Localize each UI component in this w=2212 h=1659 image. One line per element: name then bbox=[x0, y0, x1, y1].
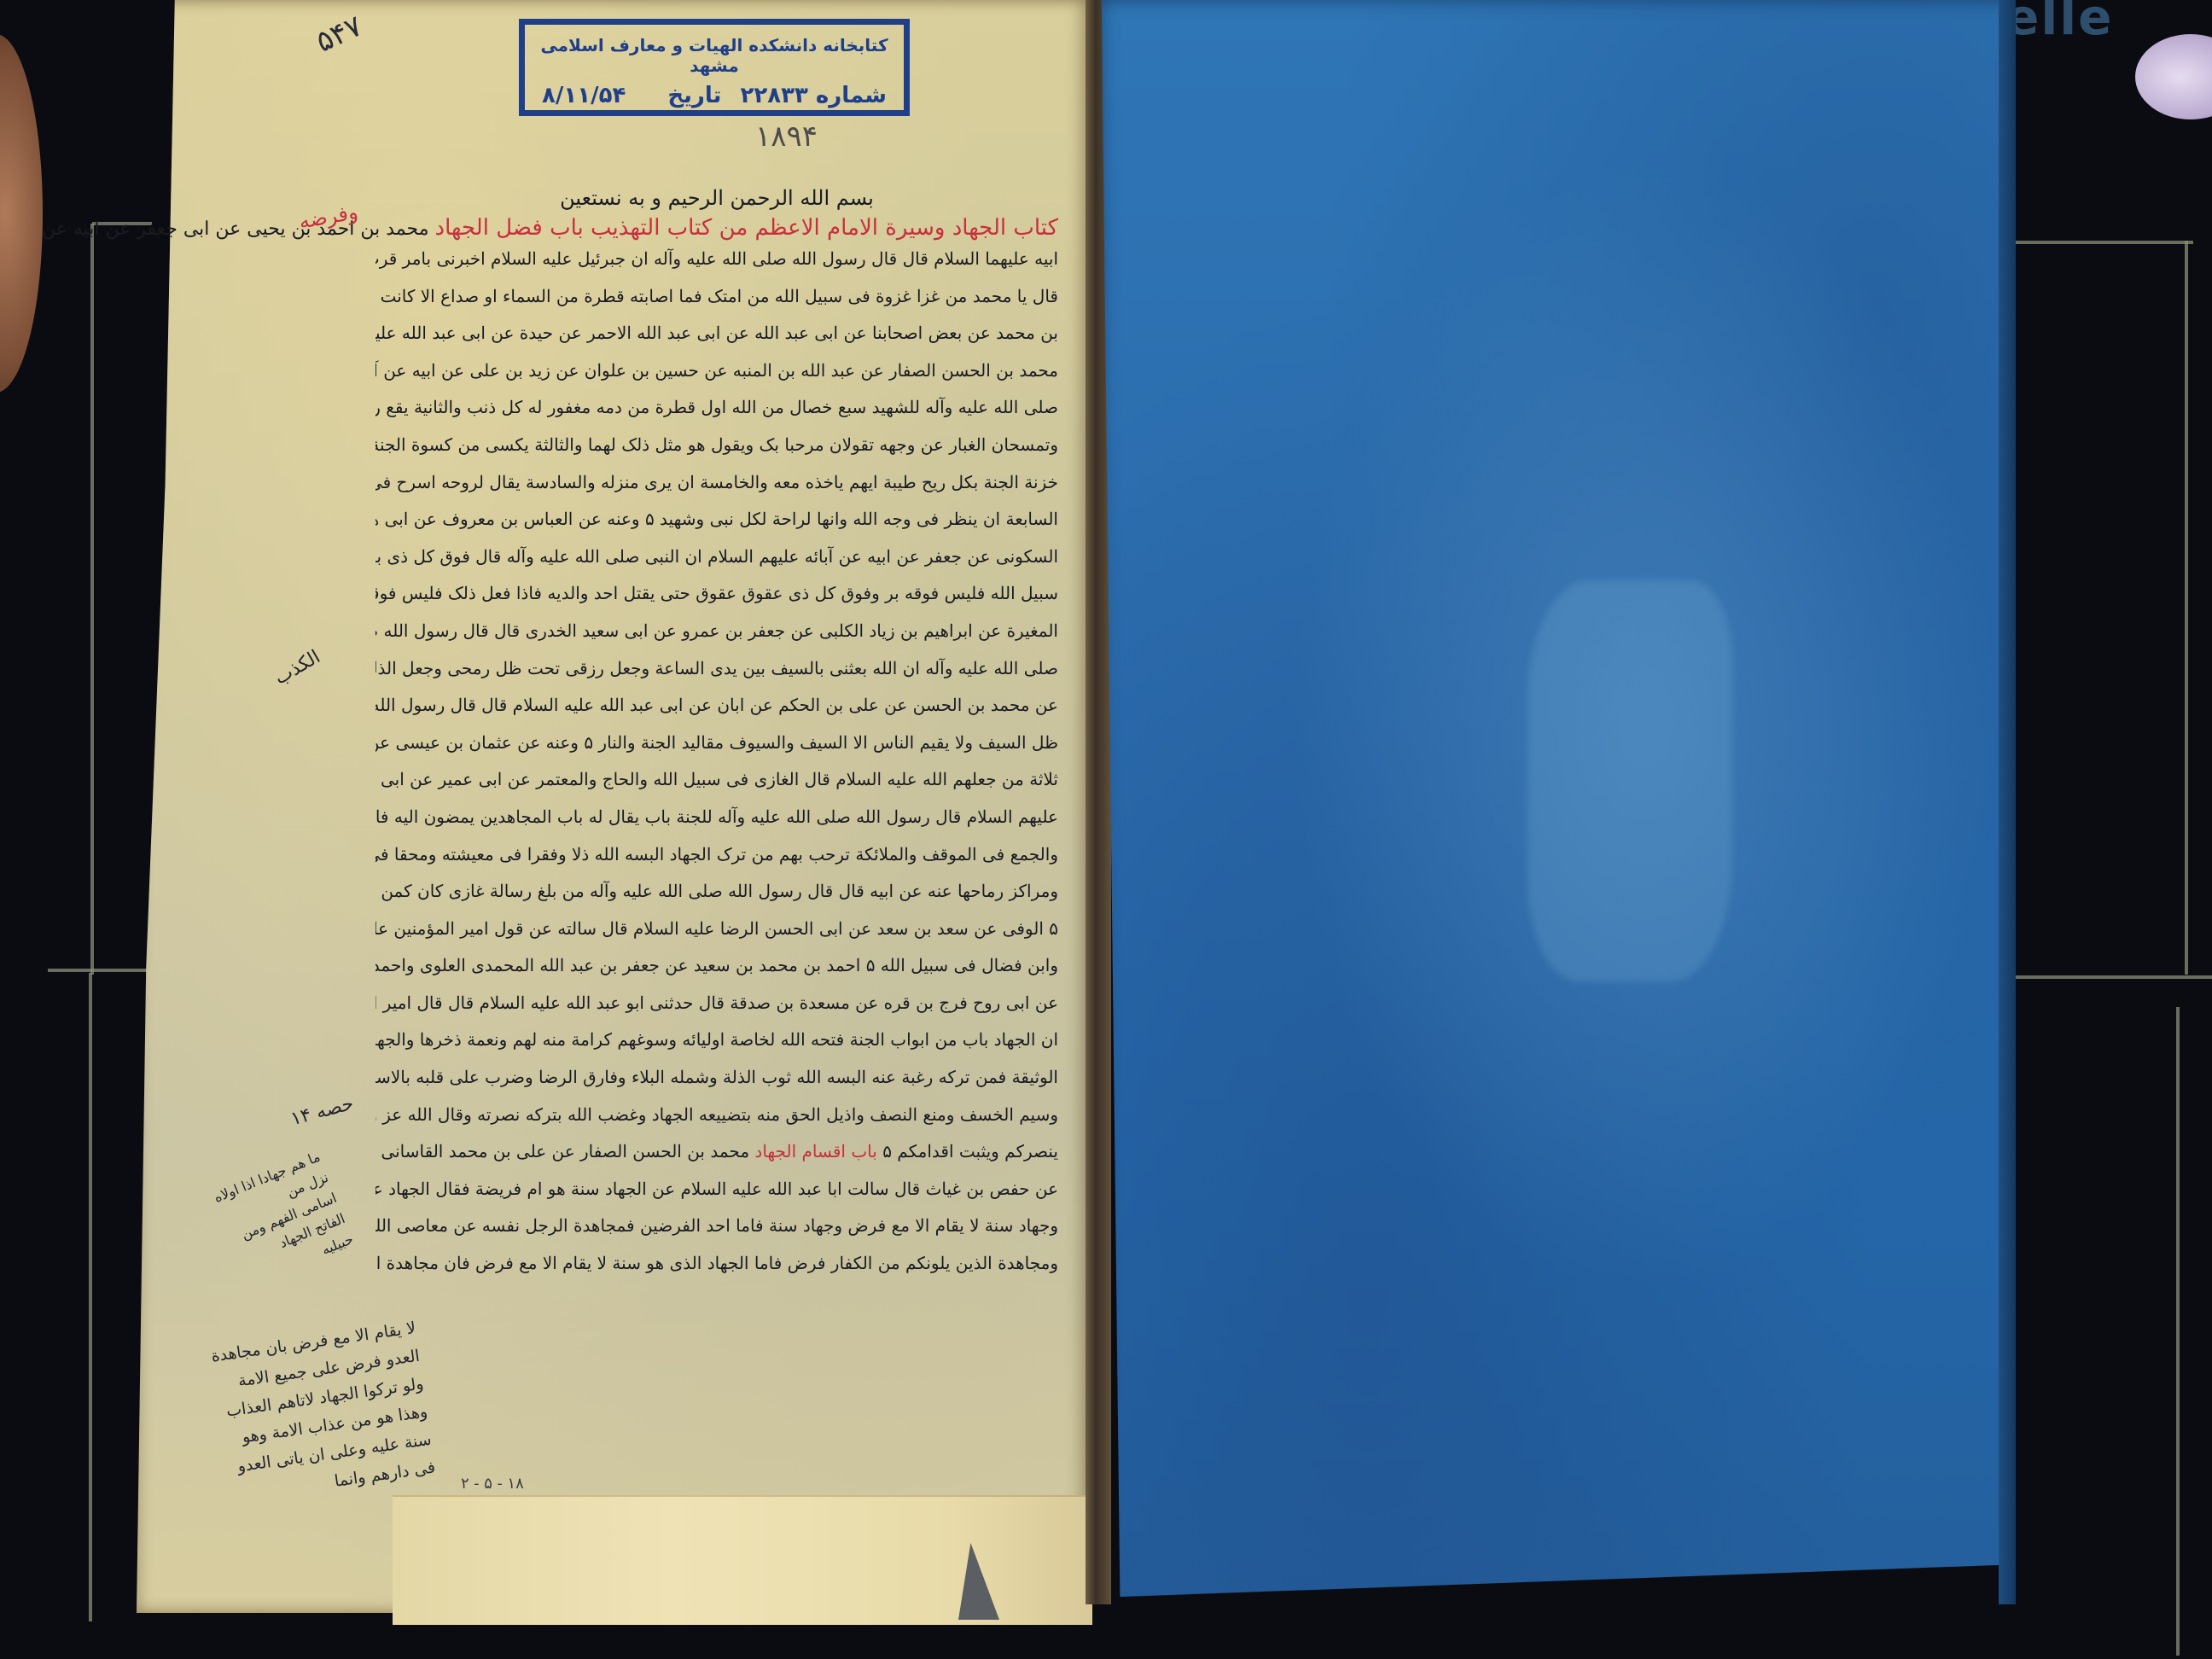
text-segment: ان الجهاد باب من ابواب الجنة فتحه الله ل… bbox=[375, 1029, 1058, 1050]
title-line: کتاب الجهاد وسیرة الامام الاعظم من کتاب … bbox=[375, 215, 1058, 241]
text-line: وابن فضال فی سبیل الله ۵ احمد بن محمد بن… bbox=[375, 947, 1058, 985]
text-segment: علیهم السلام قال رسول الله صلی الله علیه… bbox=[375, 806, 1058, 827]
cover-edge bbox=[1999, 0, 2016, 1604]
text-segment: الوثیقة فمن ترکه رغبة عنه البسه الله ثوب… bbox=[375, 1067, 1058, 1087]
text-segment: ومراکز رماحها عنه عن ابیه قال قال رسول ا… bbox=[375, 881, 1058, 901]
manuscript-text: بسم الله الرحمن الرحیم و به نستعین کتاب … bbox=[375, 186, 1058, 1283]
text-segment: السابعة ان ینظر فی وجه الله وانها لراحة … bbox=[375, 509, 1058, 529]
text-segment: عن حفص بن غیاث قال سالت ابا عبد الله علی… bbox=[375, 1179, 1058, 1199]
text-line: ومجاهدة الذین یلونکم من الکفار فرض فاما … bbox=[375, 1245, 1058, 1283]
text-segment: سبیل الله فلیس فوقه بر وفوق کل ذی عقوق ع… bbox=[375, 583, 1058, 603]
mat-frame-line bbox=[2014, 975, 2212, 979]
text-line: صلی الله علیه وآله للشهید سبع خصال من ال… bbox=[375, 389, 1058, 427]
text-line: عن ابی روح فرج بن قره عن مسعدة بن صدقة ق… bbox=[375, 985, 1058, 1022]
text-segment: ابیه علیهما السلام قال قال رسول الله صلی… bbox=[375, 248, 1058, 269]
text-line: وجهاد سنة لا یقام الا مع فرض وجهاد سنة ف… bbox=[375, 1208, 1058, 1245]
mat-label: elle bbox=[2005, 0, 2113, 46]
text-line: الوثیقة فمن ترکه رغبة عنه البسه الله ثوب… bbox=[375, 1059, 1058, 1097]
text-segment: محمد بن الحسن الصفار عن علی بن محمد القا… bbox=[375, 1141, 754, 1161]
text-line: عن محمد بن الحسن عن علی بن الحکم عن ابان… bbox=[375, 687, 1058, 725]
margin-note-digits: ۱۸ - ۵ - ۲ bbox=[461, 1475, 524, 1493]
mat-frame-line bbox=[2176, 1007, 2180, 1656]
text-line: وتمسحان الغبار عن وجهه تقولان مرحبا بک و… bbox=[375, 427, 1058, 464]
text-segment: وجهاد سنة لا یقام الا مع فرض وجهاد سنة ف… bbox=[375, 1215, 1058, 1236]
mat-frame-line bbox=[89, 973, 92, 1621]
basmala: بسم الله الرحمن الرحیم و به نستعین bbox=[375, 186, 1058, 210]
text-segment: وتمسحان الغبار عن وجهه تقولان مرحبا بک و… bbox=[375, 434, 1058, 455]
text-segment: ظل السیف ولا یقیم الناس الا السیف والسیو… bbox=[375, 732, 1058, 753]
stamp-date: ۸/۱۱/۵۴ bbox=[542, 83, 626, 108]
text-segment: ۵ الوفی عن سعد بن سعد عن ابی الحسن الرضا… bbox=[375, 918, 1058, 939]
text-line: سبیل الله فلیس فوقه بر وفوق کل ذی عقوق ع… bbox=[375, 575, 1058, 613]
text-segment: ثلاثة من جعلهم الله علیه السلام قال الغا… bbox=[375, 769, 1058, 789]
stamp-library-name: کتابخانه دانشکده الهیات و معارف اسلامی م… bbox=[525, 35, 904, 76]
text-line: ۵ الوفی عن سعد بن سعد عن ابی الحسن الرضا… bbox=[375, 911, 1058, 948]
text-segment: ینصرکم ویثبت اقدامکم ۵ bbox=[877, 1141, 1058, 1161]
red-heading: باب اقسام الجهاد bbox=[754, 1141, 876, 1161]
stamp-date-group: تاریخ ۸/۱۱/۵۴ bbox=[542, 83, 721, 108]
text-line: محمد بن الحسن الصفار عن عبد الله بن المن… bbox=[375, 352, 1058, 390]
stamp-date-label: تاریخ bbox=[667, 83, 721, 108]
text-segment: خزنة الجنة بکل ریح طیبة ایهم یاخذه معه و… bbox=[375, 472, 1058, 492]
finger-left bbox=[0, 34, 43, 393]
text-segment: عن محمد بن الحسن عن علی بن الحکم عن ابان… bbox=[375, 695, 1058, 715]
text-line: ظل السیف ولا یقیم الناس الا السیف والسیو… bbox=[375, 725, 1058, 762]
text-segment: عن ابی روح فرج بن قره عن مسعدة بن صدقة ق… bbox=[375, 992, 1058, 1013]
text-segment: صلی الله علیه وآله ان الله بعثنی بالسیف … bbox=[375, 658, 1058, 678]
text-line: ومراکز رماحها عنه عن ابیه قال قال رسول ا… bbox=[375, 873, 1058, 911]
text-segment: صلی الله علیه وآله للشهید سبع خصال من ال… bbox=[375, 397, 1058, 417]
text-line: ابیه علیهما السلام قال قال رسول الله صلی… bbox=[375, 241, 1058, 278]
stamp-number: ۲۲۸۳۳ bbox=[741, 83, 808, 108]
stamp-number-group: شماره ۲۲۸۳۳ bbox=[741, 83, 888, 108]
finger-right bbox=[2135, 34, 2212, 119]
text-segment: وابن فضال فی سبیل الله ۵ احمد بن محمد بن… bbox=[375, 955, 1058, 975]
stamp-details: شماره ۲۲۸۳۳ تاریخ ۸/۱۱/۵۴ bbox=[525, 76, 904, 108]
text-line: عن حفص بن غیاث قال سالت ابا عبد الله علی… bbox=[375, 1171, 1058, 1208]
text-line: علیهم السلام قال رسول الله صلی الله علیه… bbox=[375, 799, 1058, 836]
text-line: قال یا محمد من غزا غزوة فی سبیل الله من … bbox=[375, 278, 1058, 316]
text-line: ان الجهاد باب من ابواب الجنة فتحه الله ل… bbox=[375, 1022, 1058, 1059]
mat-frame-line bbox=[48, 969, 150, 972]
mat-frame-line bbox=[2185, 241, 2188, 975]
text-segment: السکونی عن جعفر عن ابیه عن آبائه علیهم ا… bbox=[375, 546, 1058, 567]
text-line: وسیم الخسف ومنع النصف واذیل الحق منه بتض… bbox=[375, 1097, 1058, 1134]
text-line: ینصرکم ویثبت اقدامکم ۵ باب اقسام الجهاد … bbox=[375, 1133, 1058, 1171]
text-line: السابعة ان ینظر فی وجه الله وانها لراحة … bbox=[375, 501, 1058, 538]
text-line: المغیرة عن ابراهیم بن زیاد الکلبی عن جعف… bbox=[375, 613, 1058, 650]
text-segment: والجمع فی الموقف والملائکة ترحب بهم من ت… bbox=[375, 844, 1058, 864]
text-line: ثلاثة من جعلهم الله علیه السلام قال الغا… bbox=[375, 761, 1058, 799]
library-stamp: کتابخانه دانشکده الهیات و معارف اسلامی م… bbox=[519, 19, 910, 116]
title-black: محمد بن احمد بن یحیی عن ابی جعفر عن ابیه… bbox=[42, 218, 429, 240]
pencil-accession-number: ۱۸۹۴ bbox=[755, 119, 818, 154]
text-segment: محمد بن الحسن الصفار عن عبد الله بن المن… bbox=[375, 360, 1058, 381]
margin-note-block-2: لا یقام الا مع فرض بان مجاهدة العدو فرض … bbox=[160, 1314, 438, 1517]
mat-frame-line bbox=[2005, 241, 2193, 244]
mat-frame-line bbox=[90, 224, 94, 975]
text-segment: بن محمد عن بعض اصحابنا عن ابی عبد الله ع… bbox=[375, 323, 1058, 343]
text-line: صلی الله علیه وآله ان الله بعثنی بالسیف … bbox=[375, 650, 1058, 688]
text-lines: ابیه علیهما السلام قال قال رسول الله صلی… bbox=[375, 241, 1058, 1283]
text-segment: المغیرة عن ابراهیم بن زیاد الکلبی عن جعف… bbox=[375, 620, 1058, 641]
title-red: کتاب الجهاد وسیرة الامام الاعظم من کتاب … bbox=[435, 215, 1058, 241]
text-segment: وسیم الخسف ومنع النصف واذیل الحق منه بتض… bbox=[375, 1104, 1058, 1125]
text-line: بن محمد عن بعض اصحابنا عن ابی عبد الله ع… bbox=[375, 315, 1058, 352]
stamp-number-label: شماره bbox=[816, 83, 887, 108]
text-segment: ومجاهدة الذین یلونکم من الکفار فرض فاما … bbox=[375, 1253, 1058, 1273]
cover-faded-patch bbox=[1528, 580, 1732, 981]
text-line: خزنة الجنة بکل ریح طیبة ایهم یاخذه معه و… bbox=[375, 464, 1058, 502]
text-line: السکونی عن جعفر عن ابیه عن آبائه علیهم ا… bbox=[375, 538, 1058, 576]
text-line: والجمع فی الموقف والملائکة ترحب بهم من ت… bbox=[375, 836, 1058, 874]
text-segment: قال یا محمد من غزا غزوة فی سبیل الله من … bbox=[375, 286, 1058, 306]
